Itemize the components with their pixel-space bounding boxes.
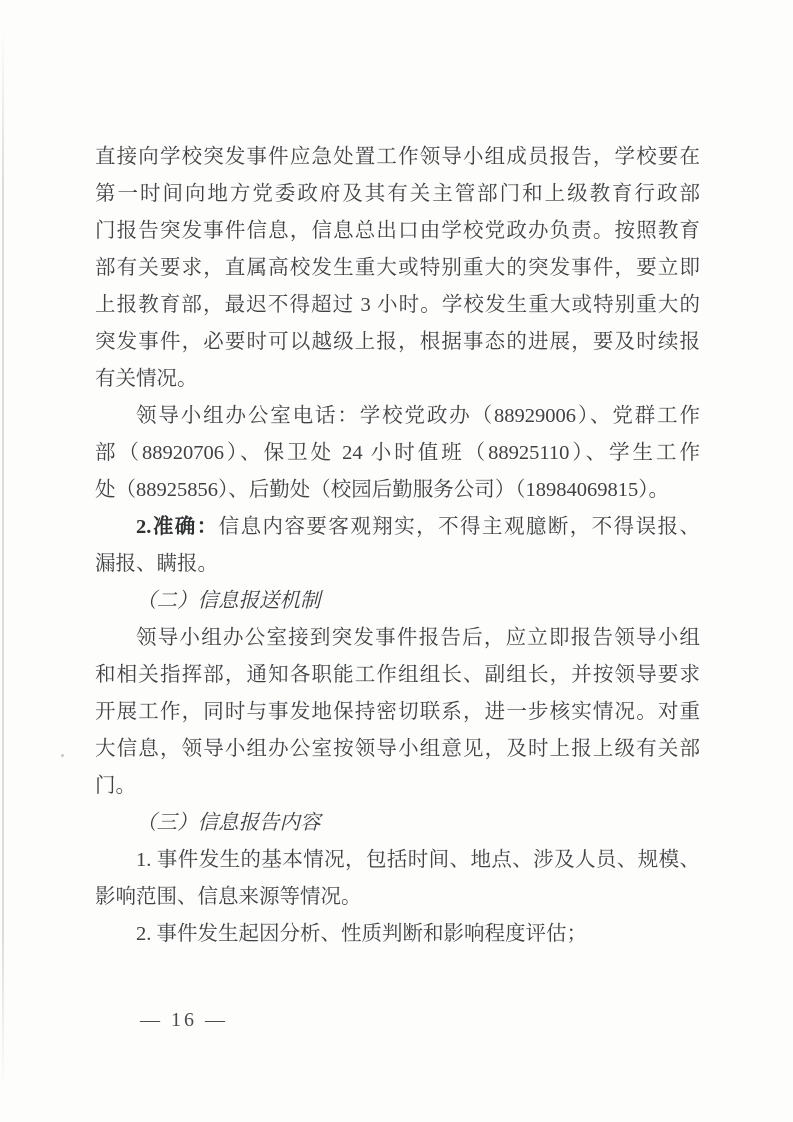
body-text-line: 突发事件，必要时可以越级上报，根据事态的进展，要及时续报 — [95, 324, 700, 361]
body-text-line: 和相关指挥部，通知各职能工作组组长、副组长，并按领导要求 — [95, 657, 700, 694]
scan-speck — [61, 754, 64, 757]
page-body: 直接向学校突发事件应急处置工作领导小组成员报告，学校要在 第一时间向地方党委政府… — [95, 139, 700, 953]
accuracy-requirement-label: 2.准确： — [136, 516, 219, 538]
body-text-line: 有关情况。 — [95, 361, 700, 398]
page-number: — 16 — — [140, 1009, 228, 1032]
scan-edge-artifact — [2, 30, 4, 1090]
accuracy-requirement-text: 信息内容要客观翔实，不得主观臆断，不得误报、 — [219, 516, 700, 538]
contact-phone-line: 领导小组办公室电话：学校党政办（88929006）、党群工作 — [95, 398, 700, 435]
section-heading-reporting-mechanism: （二）信息报送机制 — [95, 583, 700, 620]
accuracy-requirement-line: 漏报、瞒报。 — [95, 546, 700, 583]
list-item-line: 影响范围、信息来源等情况。 — [95, 879, 700, 916]
contact-phone-line: 部（88920706）、保卫处 24 小时值班（88925110）、学生工作 — [95, 435, 700, 472]
accuracy-requirement-line: 2.准确：信息内容要客观翔实，不得主观臆断，不得误报、 — [95, 509, 700, 546]
contact-phone-line: 处（88925856）、后勤处（校园后勤服务公司）（18984069815）。 — [95, 472, 700, 509]
body-text-line: 开展工作，同时与事发地保持密切联系，进一步核实情况。对重 — [95, 694, 700, 731]
list-item-line: 2. 事件发生起因分析、性质判断和影响程度评估； — [95, 916, 700, 953]
list-item-line: 1. 事件发生的基本情况，包括时间、地点、涉及人员、规模、 — [95, 842, 700, 879]
scanned-document-page: 直接向学校突发事件应急处置工作领导小组成员报告，学校要在 第一时间向地方党委政府… — [0, 0, 793, 1122]
body-text-line: 上报教育部，最迟不得超过 3 小时。学校发生重大或特别重大的 — [95, 287, 700, 324]
body-text-line: 部有关要求，直属高校发生重大或特别重大的突发事件，要立即 — [95, 250, 700, 287]
body-text-line: 直接向学校突发事件应急处置工作领导小组成员报告，学校要在 — [95, 139, 700, 176]
body-text-line: 门。 — [95, 768, 700, 805]
body-text-line: 门报告突发事件信息，信息总出口由学校党政办负责。按照教育 — [95, 213, 700, 250]
body-text-line: 大信息，领导小组办公室按领导小组意见，及时上报上级有关部 — [95, 731, 700, 768]
section-heading-report-content: （三）信息报告内容 — [95, 805, 700, 842]
body-text-line: 第一时间向地方党委政府及其有关主管部门和上级教育行政部 — [95, 176, 700, 213]
body-text-line: 领导小组办公室接到突发事件报告后，应立即报告领导小组 — [95, 620, 700, 657]
